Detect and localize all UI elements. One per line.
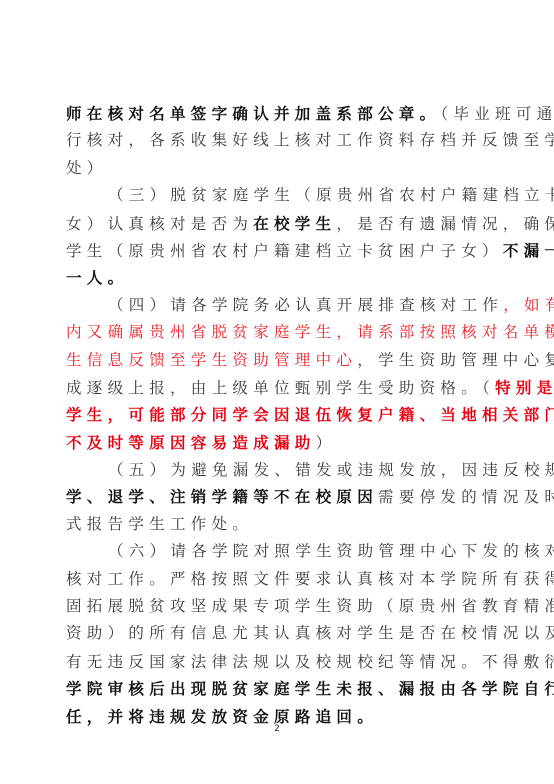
text-run: 需要停发的情况及时以书面形: [378, 488, 554, 506]
text-line: 资助）的所有信息尤其认真核对学生是否在校情况以及在校期间: [66, 620, 490, 647]
text-line: （三）脱贫家庭学生（原贵州省农村户籍建档立卡贫困户子: [66, 182, 490, 209]
document-body: 师在核对名单签字确认并加盖系部公章。（毕业班可通过线上进行核对，各系收集好线上核…: [66, 100, 490, 730]
text-line: 学、退学、注销学籍等不在校原因需要停发的情况及时以书面形: [66, 483, 490, 510]
text-run: （六）请各学院对照学生资助管理中心下发的核对名单开展: [108, 542, 554, 560]
text-run: （毕业班可通过线上进: [440, 105, 554, 123]
red-bold-text-run: 特别是退役复学: [495, 378, 554, 397]
document-page: 师在核对名单签字确认并加盖系部公章。（毕业班可通过线上进行核对，各系收集好线上核…: [0, 0, 554, 784]
text-line: 式报告学生工作处。: [66, 511, 490, 538]
text-run: 核对工作。严格按照文件要求认真核对本学院所有获得贵州省巩: [66, 570, 554, 588]
text-line: 核对工作。严格按照文件要求认真核对本学院所有获得贵州省巩: [66, 566, 490, 593]
red-text-run: ，如有不在名单: [503, 296, 554, 314]
bold-text-run: 一人。: [66, 268, 128, 287]
text-run: ，是否有遗漏情况，确保脱贫家庭: [336, 215, 554, 233]
red-bold-text-run: 学生，可能部分同学会因退伍恢复户籍、当地相关部门更新信息: [66, 405, 554, 424]
text-line: （六）请各学院对照学生资助管理中心下发的核对名单开展: [66, 538, 490, 565]
red-text-run: 内又确属贵州省脱贫家庭学生，请系部按照核对名单模板列出学: [66, 323, 554, 341]
text-run: 固拓展脱贫攻坚成果专项学生资助（原贵州省教育精准扶贫学生: [66, 597, 554, 615]
bold-text-run: 学、退学、注销学籍等不在校原因: [66, 487, 378, 506]
text-line: 女）认真核对是否为在校学生，是否有遗漏情况，确保脱贫家庭: [66, 210, 490, 237]
text-run: （四）请各学院务必认真开展排查核对工作: [108, 296, 503, 314]
text-line: 有无违反国家法律法规以及校规校纪等情况。不得敷衍了事，各: [66, 648, 490, 675]
text-line: 学生（原贵州省农村户籍建档立卡贫困户子女）不漏一人、不错: [66, 237, 490, 264]
text-line: 学院审核后出现脱贫家庭学生未报、漏报由各学院自行承担责: [66, 675, 490, 702]
text-line: 生信息反馈至学生资助管理中心，学生资助管理中心复核，并形: [66, 347, 490, 374]
text-line: 师在核对名单签字确认并加盖系部公章。（毕业班可通过线上进: [66, 100, 490, 127]
text-line: 不及时等原因容易造成漏助）: [66, 429, 490, 456]
bold-text-run: 不漏一人、不错: [503, 241, 554, 260]
text-run: 女）认真核对是否为: [66, 215, 253, 233]
text-run: 处）: [66, 159, 108, 177]
text-run: 学生（原贵州省农村户籍建档立卡贫困户子女）: [66, 242, 503, 260]
text-run: ，学生资助管理中心复核，并形: [357, 351, 554, 369]
text-run: 有无违反国家法律法规以及校规校纪等情况。不得敷衍了事，: [66, 653, 554, 671]
text-line: 学生，可能部分同学会因退伍恢复户籍、当地相关部门更新信息: [66, 401, 490, 428]
bold-text-run: 在校学生: [253, 214, 336, 233]
page-number: 2: [0, 724, 554, 734]
text-line: 固拓展脱贫攻坚成果专项学生资助（原贵州省教育精准扶贫学生: [66, 593, 490, 620]
red-bold-text-run: 不及时等原因容易造成漏助: [66, 433, 316, 452]
text-run: 式报告学生工作处。: [66, 515, 253, 533]
bold-text-run: 师在核对名单签字确认并加盖系部公章。: [66, 104, 440, 123]
text-run: ）: [316, 434, 337, 452]
bold-text-run: 学院审核后出现脱贫家庭学生未报、漏报由各学院自行承担责: [66, 679, 554, 698]
text-line: 一人。: [66, 264, 490, 291]
text-run: （五）为避免漏发、错发或违规发放，因违反校规校纪或: [108, 461, 554, 479]
text-run: 成逐级上报，由上级单位甄别学生受助资格。（: [66, 379, 495, 397]
red-text-run: 生信息反馈至学生资助管理中心: [66, 351, 357, 369]
text-run: （三）脱贫家庭学生（原贵州省农村户籍建档立卡贫困户子: [108, 186, 554, 204]
text-run: 资助）的所有信息尤其认真核对学生是否在校情况以及在校期间: [66, 624, 554, 642]
text-line: （五）为避免漏发、错发或违规发放，因违反校规校纪或休: [66, 456, 490, 483]
text-run: 行核对，各系收集好线上核对工作资料存档并反馈至学生工作: [66, 131, 554, 149]
text-line: 处）: [66, 155, 490, 182]
text-line: （四）请各学院务必认真开展排查核对工作，如有不在名单: [66, 292, 490, 319]
text-line: 内又确属贵州省脱贫家庭学生，请系部按照核对名单模板列出学: [66, 319, 490, 346]
text-line: 行核对，各系收集好线上核对工作资料存档并反馈至学生工作: [66, 127, 490, 154]
bold-text-run: 任，并将违规发放资金原路追回。: [66, 707, 378, 726]
text-line: 成逐级上报，由上级单位甄别学生受助资格。（特别是退役复学: [66, 374, 490, 401]
